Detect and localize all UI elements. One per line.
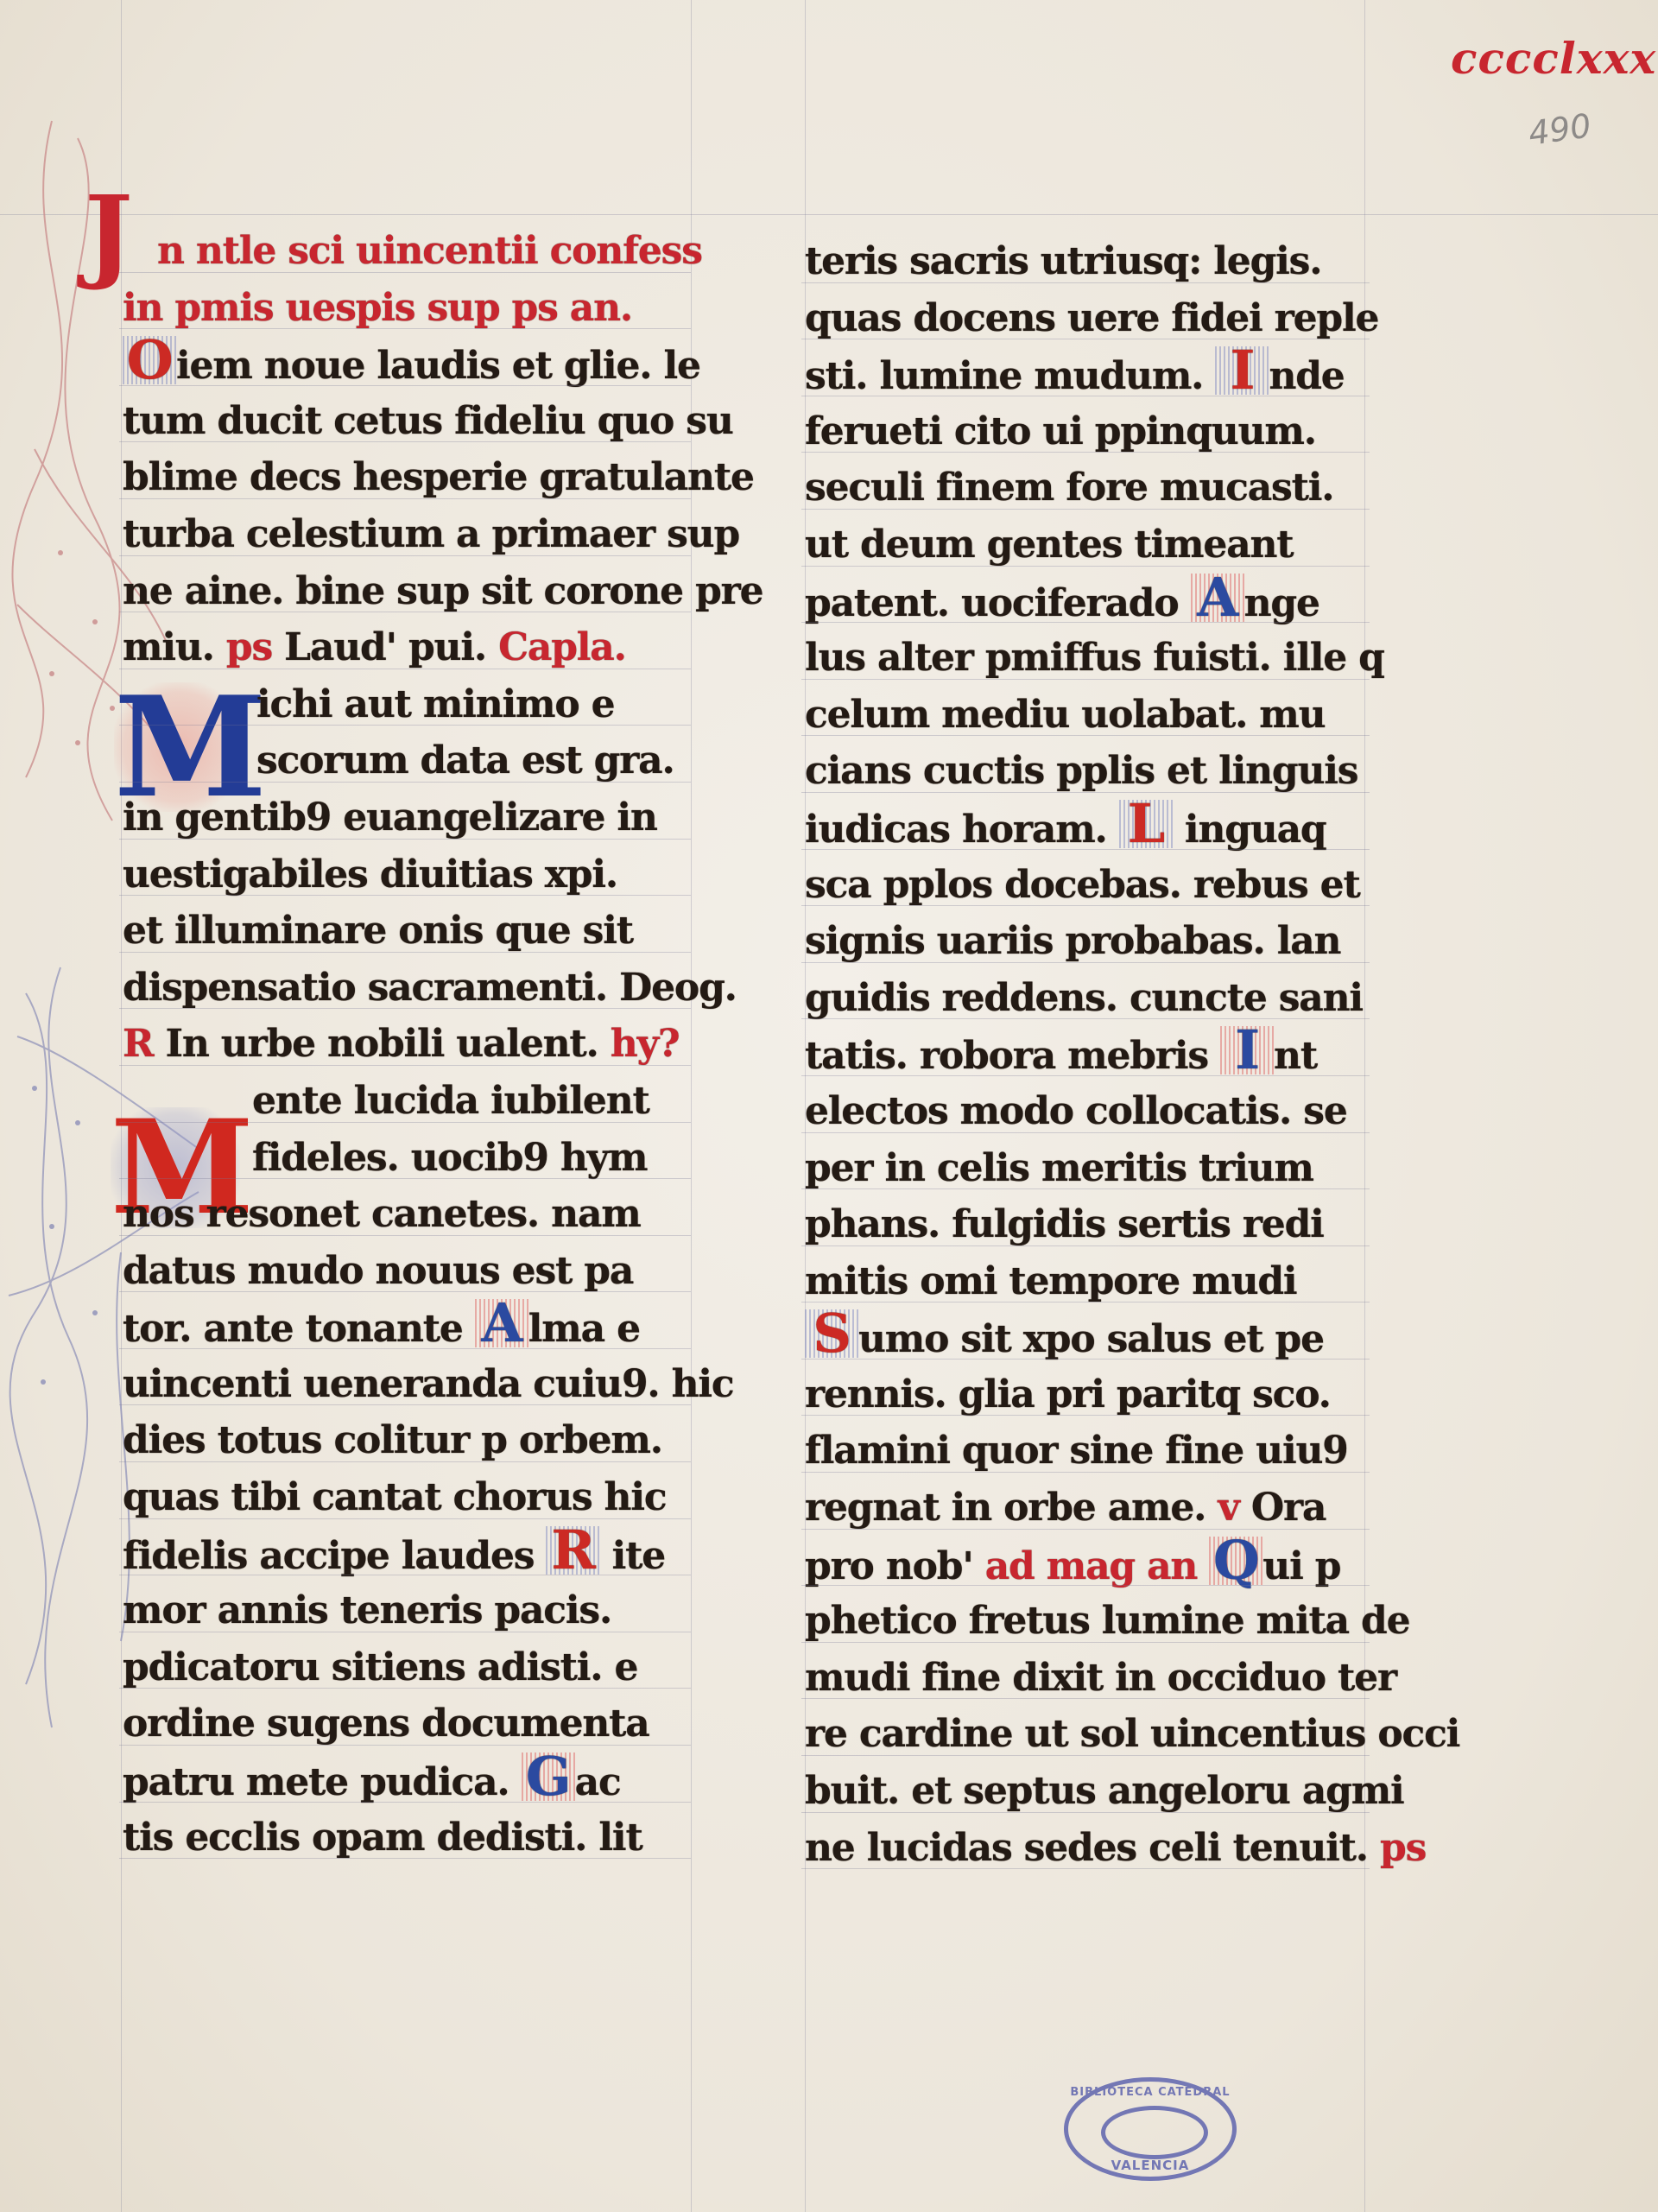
rubric-text: Capla. — [498, 625, 626, 669]
text-line: re cardine ut sol uincentius occi — [805, 1706, 1364, 1763]
ruling-line-horizontal — [801, 905, 1370, 906]
ruling-line-horizontal — [119, 1745, 691, 1746]
text-segment: In urbe nobili ualent. — [166, 1022, 598, 1066]
text-segment: umo sit xpo salus et pe — [858, 1317, 1324, 1361]
ruling-line-horizontal — [119, 612, 691, 612]
text-segment: ac — [575, 1760, 621, 1804]
text-segment: mudi fine dixit in occiduo ter — [805, 1656, 1396, 1700]
decorated-initial: S — [805, 1309, 858, 1358]
ruling-line-horizontal — [801, 1868, 1370, 1869]
text-line: patru mete pudica. Gac — [123, 1752, 686, 1810]
text-line: in pmis uespis sup ps an. — [123, 280, 686, 337]
ruling-line-horizontal — [801, 622, 1370, 623]
text-segment: ordine sugens documenta — [123, 1702, 649, 1746]
ruling-line-horizontal — [801, 1245, 1370, 1246]
ruling-line-horizontal — [119, 441, 691, 442]
text-line: tis ecclis opam dedisti. lit — [123, 1810, 686, 1867]
ruling-line-horizontal — [119, 1461, 691, 1462]
text-segment: pro nob' — [805, 1544, 985, 1588]
text-segment: re cardine ut sol uincentius occi — [805, 1712, 1459, 1756]
text-segment: lma e — [528, 1307, 640, 1351]
ruling-line-horizontal — [801, 282, 1370, 283]
text-line: per in celis meritis trium — [805, 1140, 1364, 1197]
ruling-line-horizontal — [801, 679, 1370, 680]
stamp-bottom-text: VALENCIA — [1068, 2158, 1232, 2173]
text-segment: pdicatoru sitiens adisti. e — [123, 1645, 637, 1689]
text-line: quas docens uere fidei reple — [805, 290, 1364, 347]
text-line: mor annis teneris pacis. — [123, 1582, 686, 1639]
text-segment: rennis. glia pri paritq sco. — [805, 1372, 1331, 1417]
ruling-line-horizontal — [801, 962, 1370, 963]
ruling-line-horizontal — [119, 782, 691, 783]
text-segment: nt — [1274, 1034, 1317, 1078]
text-line: seculi finem fore mucasti. — [805, 460, 1364, 517]
text-line: ordine sugens documenta — [123, 1695, 686, 1752]
text-line: celum mediu uolabat. mu — [805, 687, 1364, 744]
text-segment: fidelis accipe laudes — [123, 1534, 546, 1578]
text-line: quas tibi cantat chorus hic — [123, 1469, 686, 1526]
ruling-line-horizontal — [801, 1812, 1370, 1813]
text-line: Sumo sit xpo salus et pe — [805, 1309, 1364, 1366]
text-line: mudi fine dixit in occiduo ter — [805, 1650, 1364, 1707]
ruling-line-horizontal — [801, 1018, 1370, 1019]
ruling-line-horizontal — [119, 1065, 691, 1066]
text-segment: dispensatio sacramenti. Deog. — [123, 966, 737, 1010]
text-segment: celum mediu uolabat. mu — [805, 693, 1325, 737]
text-line: miu. ps Laud' pui. Capla. — [123, 619, 686, 676]
ruling-line-horizontal — [119, 1518, 691, 1519]
ruling-line-horizontal — [119, 725, 691, 726]
text-segment: cians cuctis pplis et linguis — [805, 749, 1357, 793]
text-segment: lus alter pmiffus fuisti. ille q — [805, 636, 1384, 680]
ruling-line-horizontal — [801, 735, 1370, 736]
text-segment: dies totus colitur p orbem. — [123, 1418, 662, 1462]
text-line: guidis reddens. cuncte sani — [805, 970, 1364, 1027]
text-line: blime decs hesperie gratulante — [123, 449, 686, 506]
text-line: iudicas horam. L inguaq — [805, 800, 1364, 857]
ruling-line-horizontal — [119, 1632, 691, 1632]
text-line: rennis. glia pri paritq sco. — [805, 1366, 1364, 1423]
ruling-line-horizontal — [119, 1858, 691, 1859]
rubric-text: R — [123, 1022, 166, 1066]
text-line: ne aine. bine sup sit corone pre — [123, 563, 686, 620]
text-segment: ichi aut minimo e — [256, 682, 614, 726]
text-line: fidelis accipe laudes R ite — [123, 1526, 686, 1583]
text-segment: ne lucidas sedes celi tenuit. — [805, 1826, 1380, 1870]
folio-number-pencil: 490 — [1526, 106, 1593, 153]
text-line: lus alter pmiffus fuisti. ille q — [805, 630, 1364, 687]
text-segment: scorum data est gra. — [256, 738, 674, 783]
ruling-line-horizontal — [801, 452, 1370, 453]
text-segment: turba celestium a primaer sup — [123, 512, 739, 556]
stamp-inner-ring — [1101, 2106, 1208, 2159]
ruling-line-horizontal — [801, 396, 1370, 396]
rubric-text: in pmis uespis sup ps an. — [123, 286, 632, 330]
ruling-line-horizontal — [119, 1291, 691, 1292]
ruling-line-horizontal — [801, 1698, 1370, 1699]
text-line: scorum data est gra. — [123, 732, 686, 789]
ruling-line-horizontal — [801, 1529, 1370, 1530]
rubric-text: v — [1218, 1486, 1238, 1530]
text-segment: ferueti cito ui ppinquum. — [805, 409, 1316, 453]
text-segment: ite — [599, 1534, 665, 1578]
text-segment: ne aine. bine sup sit corone pre — [123, 569, 763, 613]
ruling-line-horizontal — [801, 1585, 1370, 1586]
ruling-line-horizontal — [119, 272, 691, 273]
text-segment: mor annis teneris pacis. — [123, 1588, 611, 1632]
ruling-line-horizontal — [119, 1404, 691, 1405]
decorated-initial: A — [475, 1299, 528, 1347]
text-segment: buit. et septus angeloru agmi — [805, 1769, 1404, 1813]
text-line: uincenti ueneranda cuiu9. hic — [123, 1356, 686, 1413]
text-segment: seculi finem fore mucasti. — [805, 466, 1333, 510]
text-line: in gentib9 euangelizare in — [123, 789, 686, 846]
decorated-initial: R — [546, 1526, 599, 1575]
text-column-left: n ntle sci uincentii confessin pmis uesp… — [123, 223, 686, 1866]
text-column-right: teris sacris utriusq: legis.quas docens … — [805, 233, 1364, 1876]
text-line: datus mudo nouus est pa — [123, 1243, 686, 1300]
decorated-initial: I — [1220, 1026, 1274, 1074]
text-line: tum ducit cetus fideliu quo su — [123, 393, 686, 450]
text-line: phans. fulgidis sertis redi — [805, 1196, 1364, 1253]
rubric-text: ps — [1380, 1826, 1426, 1870]
ruling-line-horizontal — [801, 792, 1370, 793]
text-segment: ui p — [1262, 1544, 1340, 1588]
text-line: Oiem noue laudis et glie. le — [123, 336, 686, 393]
ruling-line-horizontal — [801, 1132, 1370, 1133]
text-line: teris sacris utriusq: legis. — [805, 233, 1364, 290]
text-segment: nos resonet canetes. nam — [123, 1192, 641, 1236]
text-segment: miu. — [123, 625, 226, 669]
ruling-line-horizontal — [119, 1178, 691, 1179]
text-segment: iudicas horam. — [805, 808, 1119, 852]
ruling-line-horizontal — [119, 385, 691, 386]
text-line: regnat in orbe ame. v Ora — [805, 1480, 1364, 1537]
text-line: R In urbe nobili ualent. hy? — [123, 1016, 686, 1073]
text-line: ut deum gentes timeant — [805, 517, 1364, 574]
text-segment: ut deum gentes timeant — [805, 523, 1293, 567]
text-segment: in gentib9 euangelizare in — [123, 795, 657, 840]
text-segment: phetico fretus lumine mita de — [805, 1599, 1409, 1643]
decorated-initial: A — [1191, 574, 1244, 622]
text-line: tatis. robora mebris Int — [805, 1026, 1364, 1083]
text-segment: nge — [1244, 581, 1319, 625]
text-segment: iem noue laudis et glie. le — [176, 344, 700, 388]
text-segment: et illuminare onis que sit — [123, 909, 633, 953]
text-line: sti. lumine mudum. Inde — [805, 346, 1364, 403]
ruling-line-horizontal — [119, 498, 691, 499]
ruling-line-horizontal — [801, 1415, 1370, 1416]
text-segment: uestigabiles diuitias xpi. — [123, 852, 617, 897]
text-line: nos resonet canetes. nam — [123, 1186, 686, 1243]
ruling-line-horizontal — [801, 1359, 1370, 1360]
folio-number-roman: cccclxxxiii — [1451, 33, 1658, 84]
decorated-initial: G — [522, 1752, 575, 1801]
text-segment: quas tibi cantat chorus hic — [123, 1475, 666, 1519]
text-line: tor. ante tonante Alma e — [123, 1299, 686, 1356]
rubric-text: n ntle sci uincentii confess — [157, 229, 702, 273]
text-line: et illuminare onis que sit — [123, 903, 686, 960]
text-line: buit. et septus angeloru agmi — [805, 1763, 1364, 1820]
text-line: n ntle sci uincentii confess — [123, 223, 686, 280]
text-line: ichi aut minimo e — [123, 676, 686, 733]
text-line: fideles. uocib9 hym — [123, 1130, 686, 1187]
text-segment: uincenti ueneranda cuiu9. hic — [123, 1362, 734, 1406]
ruling-line-horizontal — [801, 849, 1370, 850]
text-segment: fideles. uocib9 hym — [252, 1136, 647, 1180]
text-segment: mitis omi tempore mudi — [805, 1259, 1296, 1303]
text-line: turba celestium a primaer sup — [123, 506, 686, 563]
ruling-line-horizontal — [119, 952, 691, 953]
text-line: patent. uociferado Ange — [805, 574, 1364, 631]
ruling-line-horizontal — [801, 1642, 1370, 1643]
text-segment: per in celis meritis trium — [805, 1146, 1313, 1190]
rubric-text: ad mag an — [985, 1544, 1210, 1588]
text-segment: tis ecclis opam dedisti. lit — [123, 1816, 642, 1860]
text-segment: ente lucida iubilent — [252, 1079, 649, 1123]
stamp-top-text: BIBLIOTECA CATEDRAL — [1068, 2086, 1232, 2099]
text-segment: patent. uociferado — [805, 581, 1191, 625]
ruling-line-horizontal — [119, 1575, 691, 1575]
ruling-line-horizontal — [119, 1122, 691, 1123]
text-line: ente lucida iubilent — [123, 1073, 686, 1130]
ruling-line-horizontal — [119, 555, 691, 556]
ruling-line-horizontal — [119, 328, 691, 329]
text-segment: patru mete pudica. — [123, 1760, 522, 1804]
text-segment: regnat in orbe ame. — [805, 1486, 1218, 1530]
text-line: ferueti cito ui ppinquum. — [805, 403, 1364, 460]
ruling-line-horizontal — [119, 1008, 691, 1009]
ruling-line-horizontal — [119, 1802, 691, 1803]
ruling-line-horizontal — [801, 1188, 1370, 1189]
text-line: dispensatio sacramenti. Deog. — [123, 960, 686, 1017]
decorated-initial: L — [1119, 800, 1173, 848]
ruling-line-horizontal — [801, 339, 1370, 339]
text-segment: inguaq — [1173, 808, 1326, 852]
ruling-line-horizontal — [119, 839, 691, 840]
text-segment: tatis. robora mebris — [805, 1034, 1220, 1078]
text-segment: datus mudo nouus est pa — [123, 1249, 633, 1293]
text-segment: flamini quor sine fine uiu9 — [805, 1429, 1348, 1473]
text-line: dies totus colitur p orbem. — [123, 1412, 686, 1469]
text-line: phetico fretus lumine mita de — [805, 1593, 1364, 1650]
ruling-line-horizontal — [801, 566, 1370, 567]
text-segment: nde — [1269, 354, 1344, 398]
ruling-line-horizontal — [801, 1755, 1370, 1756]
text-line: ne lucidas sedes celi tenuit. ps — [805, 1820, 1364, 1877]
ruling-line-horizontal — [119, 1688, 691, 1689]
rubric-text: hy? — [598, 1022, 680, 1066]
ruling-line-horizontal — [801, 1075, 1370, 1076]
text-line: signis uariis probabas. lan — [805, 913, 1364, 970]
rubric-text: ps — [226, 625, 272, 669]
text-line: uestigabiles diuitias xpi. — [123, 846, 686, 903]
decorated-initial: I — [1215, 346, 1269, 395]
text-line: electos modo collocatis. se — [805, 1083, 1364, 1140]
ruling-line-vertical — [691, 0, 692, 2212]
ruling-line-horizontal — [0, 214, 1658, 215]
decorated-initial: O — [123, 336, 176, 384]
ruling-line-horizontal — [801, 1472, 1370, 1473]
text-segment: tor. ante tonante — [123, 1307, 475, 1351]
text-segment: sca pplos docebas. rebus et — [805, 863, 1360, 907]
text-segment: sti. lumine mudum. — [805, 354, 1215, 398]
text-line: cians cuctis pplis et linguis — [805, 743, 1364, 800]
ruling-line-horizontal — [119, 669, 691, 669]
text-line: flamini quor sine fine uiu9 — [805, 1423, 1364, 1480]
text-segment: teris sacris utriusq: legis. — [805, 239, 1321, 283]
text-segment: quas docens uere fidei reple — [805, 296, 1378, 340]
text-line: sca pplos docebas. rebus et — [805, 857, 1364, 914]
text-segment: tum ducit cetus fideliu quo su — [123, 399, 733, 443]
text-segment: phans. fulgidis sertis redi — [805, 1202, 1324, 1246]
text-segment: signis uariis probabas. lan — [805, 919, 1340, 963]
ruling-line-horizontal — [119, 1235, 691, 1236]
text-segment: electos modo collocatis. se — [805, 1089, 1347, 1133]
text-segment: Ora — [1239, 1486, 1326, 1530]
ruling-line-horizontal — [119, 1348, 691, 1349]
text-segment: Laud' pui. — [272, 625, 498, 669]
text-line: mitis omi tempore mudi — [805, 1253, 1364, 1310]
text-line: pro nob' ad mag an Qui p — [805, 1537, 1364, 1594]
text-segment: blime decs hesperie gratulante — [123, 455, 754, 499]
text-line: pdicatoru sitiens adisti. e — [123, 1639, 686, 1696]
ruling-line-horizontal — [119, 895, 691, 896]
ruling-line-horizontal — [801, 509, 1370, 510]
decorated-initial: Q — [1209, 1537, 1262, 1585]
text-segment: guidis reddens. cuncte sani — [805, 976, 1363, 1020]
library-stamp: BIBLIOTECA CATEDRAL VALENCIA — [1064, 2077, 1237, 2181]
manuscript-page: cccclxxxiii 490 J M M n ntle sci uincent… — [0, 0, 1658, 2212]
ruling-line-horizontal — [801, 1302, 1370, 1302]
